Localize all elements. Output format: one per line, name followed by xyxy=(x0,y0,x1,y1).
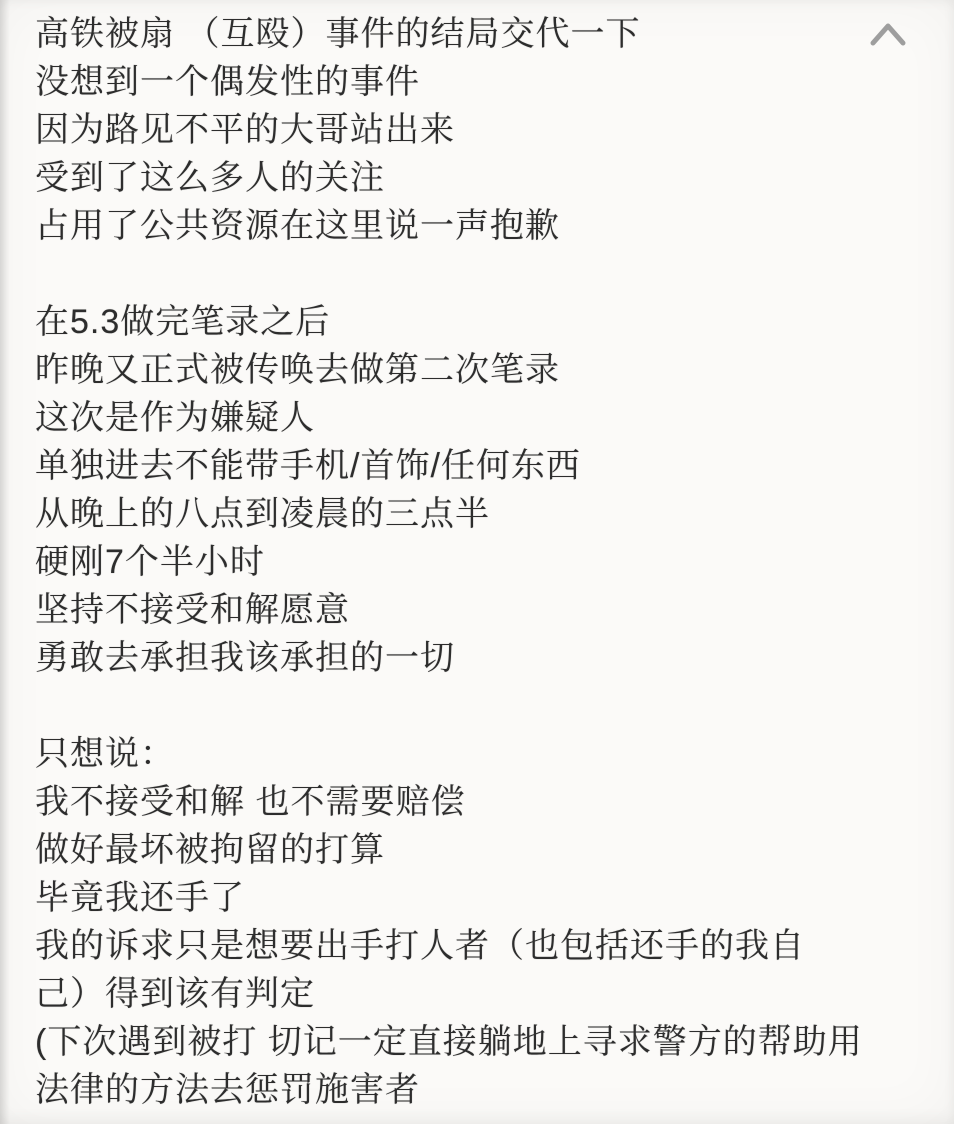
post-line: 坚持不接受和解愿意 xyxy=(35,586,914,634)
post-line: 我的诉求只是想要出手打人者（也包括还手的我自 xyxy=(35,922,914,970)
post-line: 在5.3做完笔录之后 xyxy=(35,298,914,346)
post-line: (下次遇到被打 切记一定直接躺地上寻求警方的帮助用 xyxy=(35,1018,914,1066)
post-line: 己）得到该有判定 xyxy=(35,970,914,1018)
post-line: 从晚上的八点到凌晨的三点半 xyxy=(35,490,914,538)
post-text: 高铁被扇 （互殴）事件的结局交代一下 没想到一个偶发性的事件 因为路见不平的大哥… xyxy=(35,10,914,1114)
paragraph-spacer xyxy=(35,682,914,730)
post-line: 受到了这么多人的关注 xyxy=(35,154,914,202)
post-line: 毕竟我还手了 xyxy=(35,874,914,922)
post-line: 只想说： xyxy=(35,730,914,778)
post-line: 昨晚又正式被传唤去做第二次笔录 xyxy=(35,346,914,394)
post-line: 硬刚7个半小时 xyxy=(35,538,914,586)
post-line: 我不接受和解 也不需要赔偿 xyxy=(35,778,914,826)
post-container: 高铁被扇 （互殴）事件的结局交代一下 没想到一个偶发性的事件 因为路见不平的大哥… xyxy=(0,0,954,1124)
post-line: 单独进去不能带手机/首饰/任何东西 xyxy=(35,442,914,490)
post-line: 法律的方法去惩罚施害者 xyxy=(35,1066,914,1114)
post-line: 占用了公共资源在这里说一声抱歉 xyxy=(35,202,914,250)
post-line: 没想到一个偶发性的事件 xyxy=(35,58,914,106)
post-line: 这次是作为嫌疑人 xyxy=(35,394,914,442)
post-line: 做好最坏被拘留的打算 xyxy=(35,826,914,874)
post-line: 因为路见不平的大哥站出来 xyxy=(35,106,914,154)
post-line: 勇敢去承担我该承担的一切 xyxy=(35,634,914,682)
post-line: 高铁被扇 （互殴）事件的结局交代一下 xyxy=(35,10,914,58)
paragraph-spacer xyxy=(35,250,914,298)
